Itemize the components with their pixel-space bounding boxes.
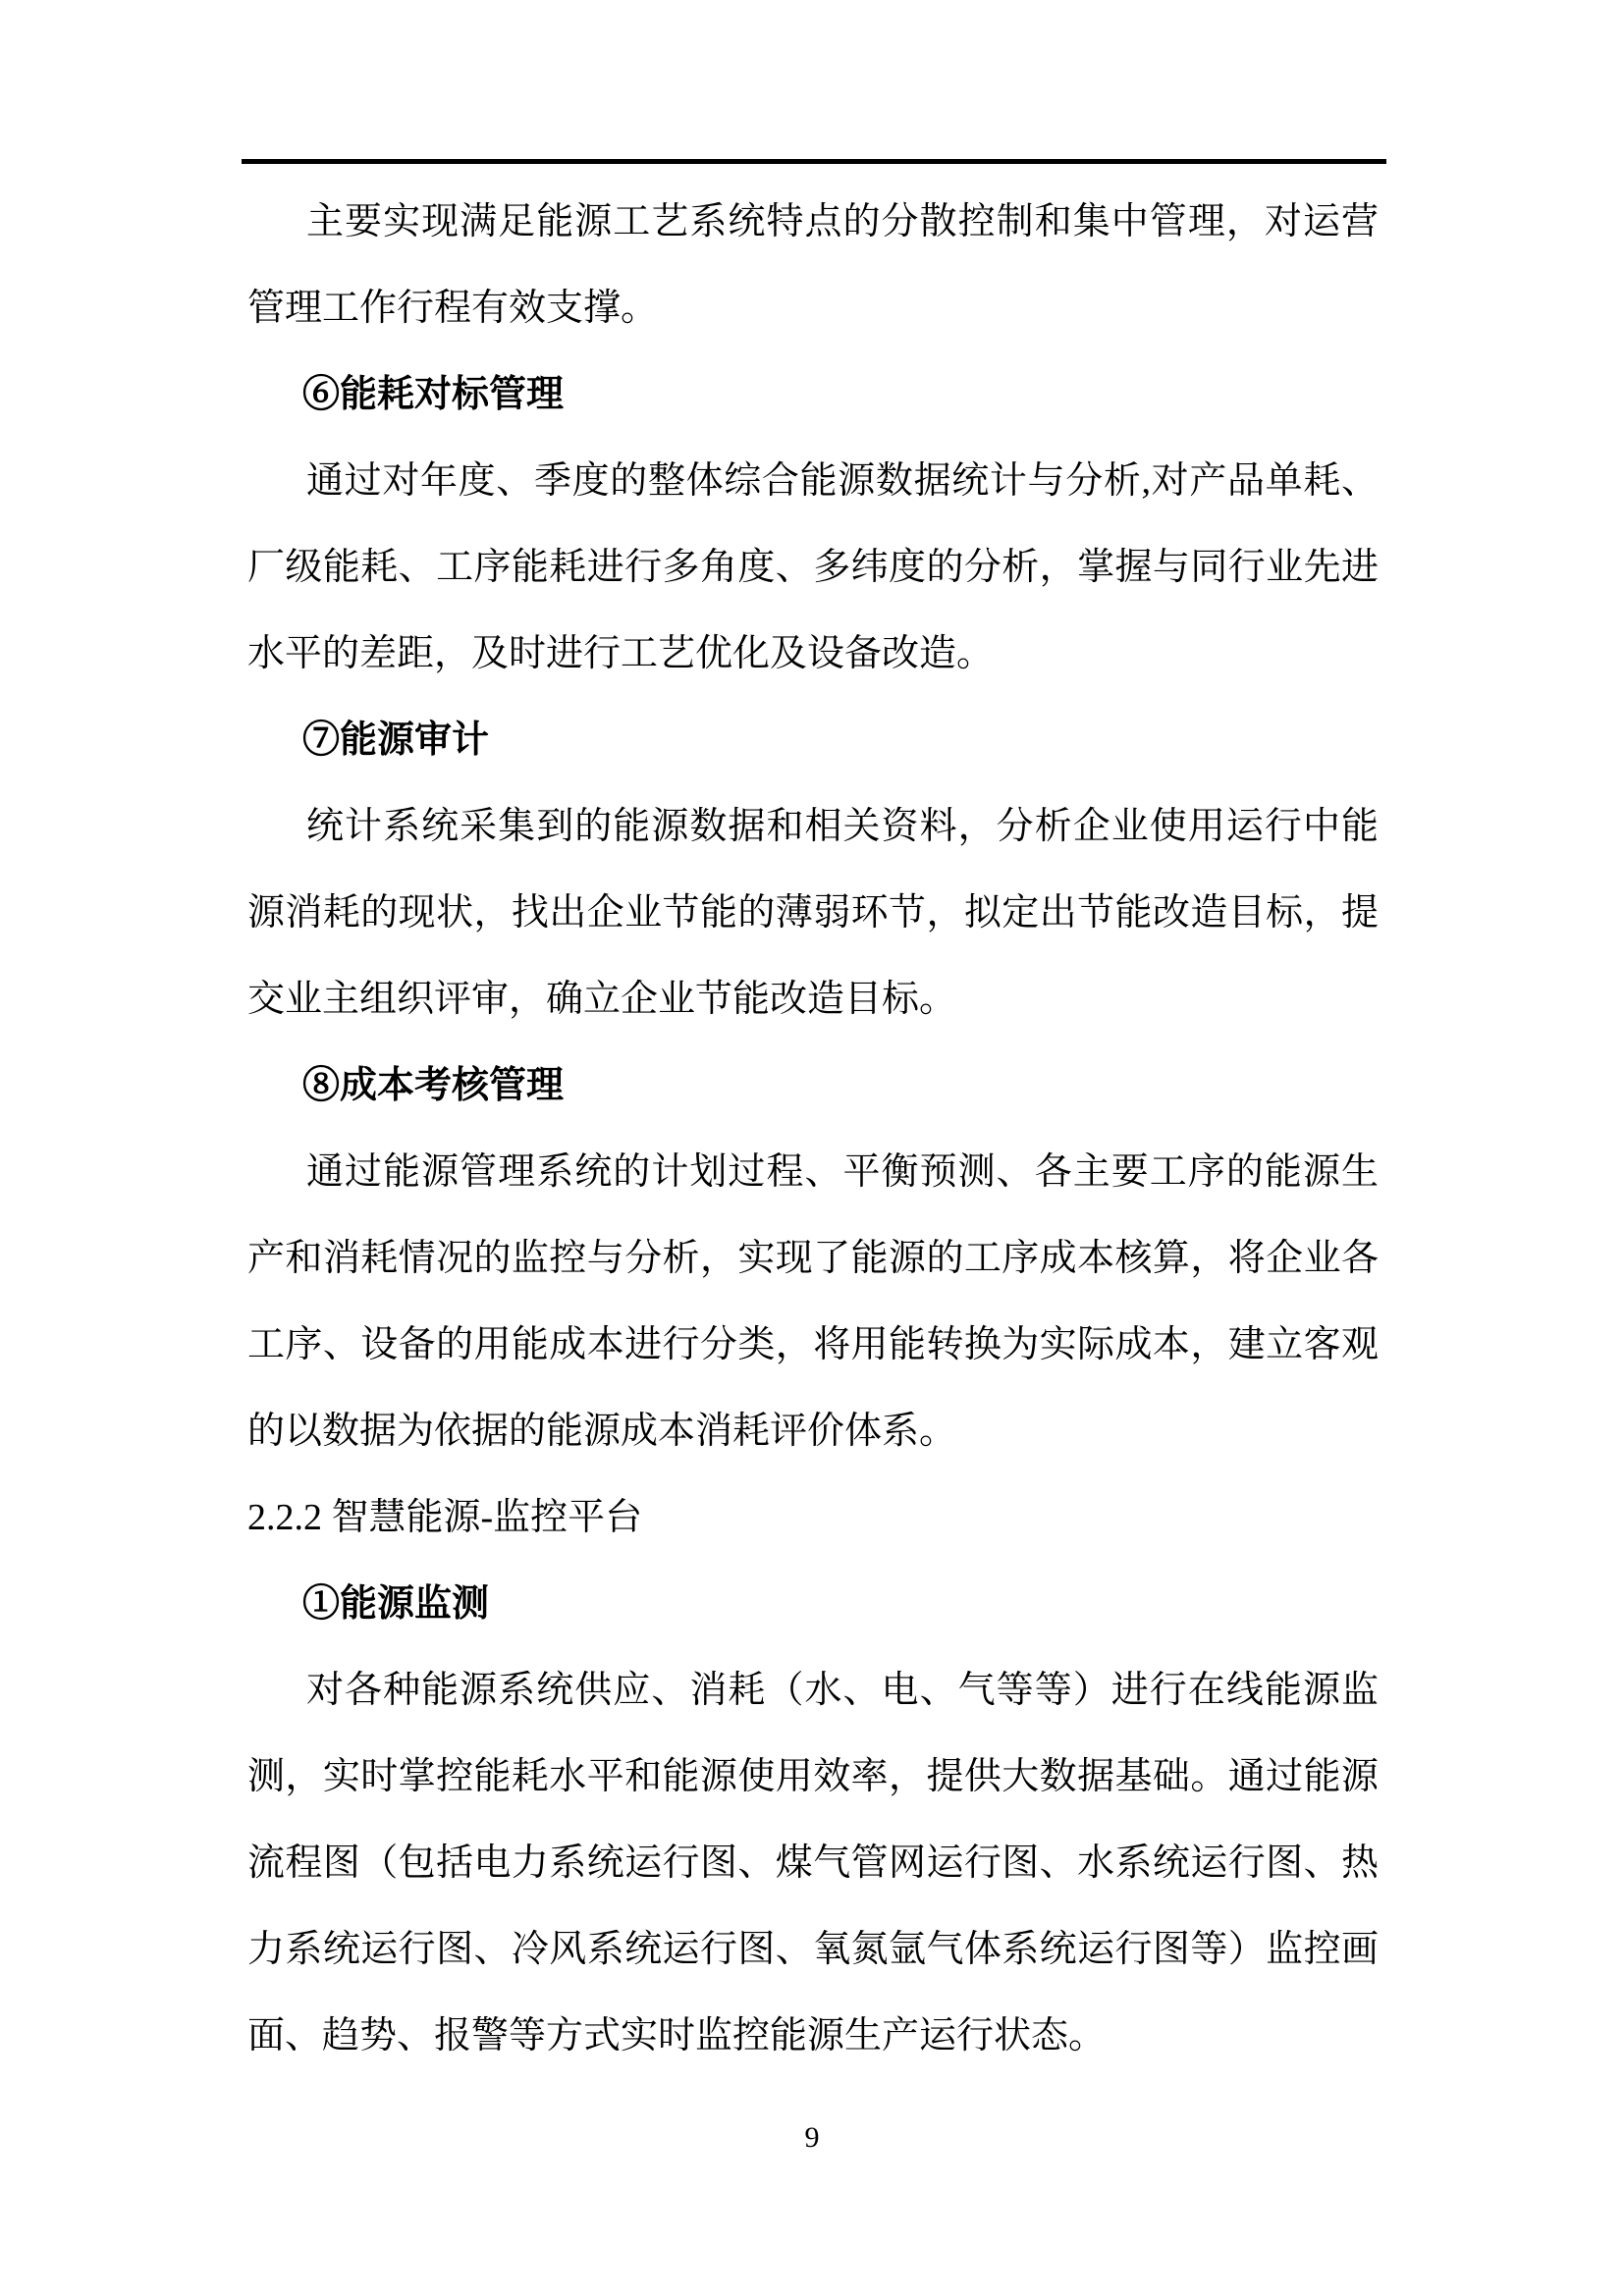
text-line: 统计系统采集到的能源数据和相关资料，分析企业使用运行中能 bbox=[247, 783, 1379, 870]
text-line: 管理工作行程有效支撑。 bbox=[247, 265, 1379, 351]
text-line: 主要实现满足能源工艺系统特点的分散控制和集中管理，对运营 bbox=[247, 179, 1379, 265]
text-line: 流程图（包括电力系统运行图、煤气管网运行图、水系统运行图、热 bbox=[247, 1820, 1379, 1906]
text-line: 测，实时掌控能耗水平和能源使用效率，提供大数据基础。通过能源 bbox=[247, 1734, 1379, 1820]
text-line: 通过对年度、季度的整体综合能源数据统计与分析,对产品单耗、 bbox=[247, 438, 1379, 524]
text-line: 对各种能源系统供应、消耗（水、电、气等等）进行在线能源监 bbox=[247, 1647, 1379, 1734]
text-line: 面、趋势、报警等方式实时监控能源生产运行状态。 bbox=[247, 1993, 1379, 2079]
text-line: 力系统运行图、冷风系统运行图、氧氮氩气体系统运行图等）监控画 bbox=[247, 1906, 1379, 1993]
heading-energy-audit: ⑦能源审计 bbox=[247, 697, 1379, 783]
page-number: 9 bbox=[0, 2120, 1624, 2156]
text-line: 水平的差距，及时进行工艺优化及设备改造。 bbox=[247, 611, 1379, 697]
heading-benchmark-management: ⑥能耗对标管理 bbox=[247, 351, 1379, 438]
document-page: 主要实现满足能源工艺系统特点的分散控制和集中管理，对运营 管理工作行程有效支撑。… bbox=[0, 0, 1624, 2296]
text-line: 工序、设备的用能成本进行分类，将用能转换为实际成本，建立客观 bbox=[247, 1302, 1379, 1388]
page-body: 主要实现满足能源工艺系统特点的分散控制和集中管理，对运营 管理工作行程有效支撑。… bbox=[247, 179, 1379, 2079]
header-rule bbox=[242, 159, 1386, 164]
text-line: 交业主组织评审，确立企业节能改造目标。 bbox=[247, 956, 1379, 1042]
heading-cost-assessment: ⑧成本考核管理 bbox=[247, 1042, 1379, 1129]
heading-energy-monitoring: ①能源监测 bbox=[247, 1561, 1379, 1647]
section-heading-2-2-2: 2.2.2 智慧能源-监控平台 bbox=[247, 1474, 1379, 1561]
text-line: 产和消耗情况的监控与分析，实现了能源的工序成本核算，将企业各 bbox=[247, 1215, 1379, 1302]
text-line: 厂级能耗、工序能耗进行多角度、多纬度的分析，掌握与同行业先进 bbox=[247, 524, 1379, 611]
text-line: 通过能源管理系统的计划过程、平衡预测、各主要工序的能源生 bbox=[247, 1129, 1379, 1215]
text-line: 源消耗的现状，找出企业节能的薄弱环节，拟定出节能改造目标，提 bbox=[247, 870, 1379, 956]
text-line: 的以数据为依据的能源成本消耗评价体系。 bbox=[247, 1388, 1379, 1474]
